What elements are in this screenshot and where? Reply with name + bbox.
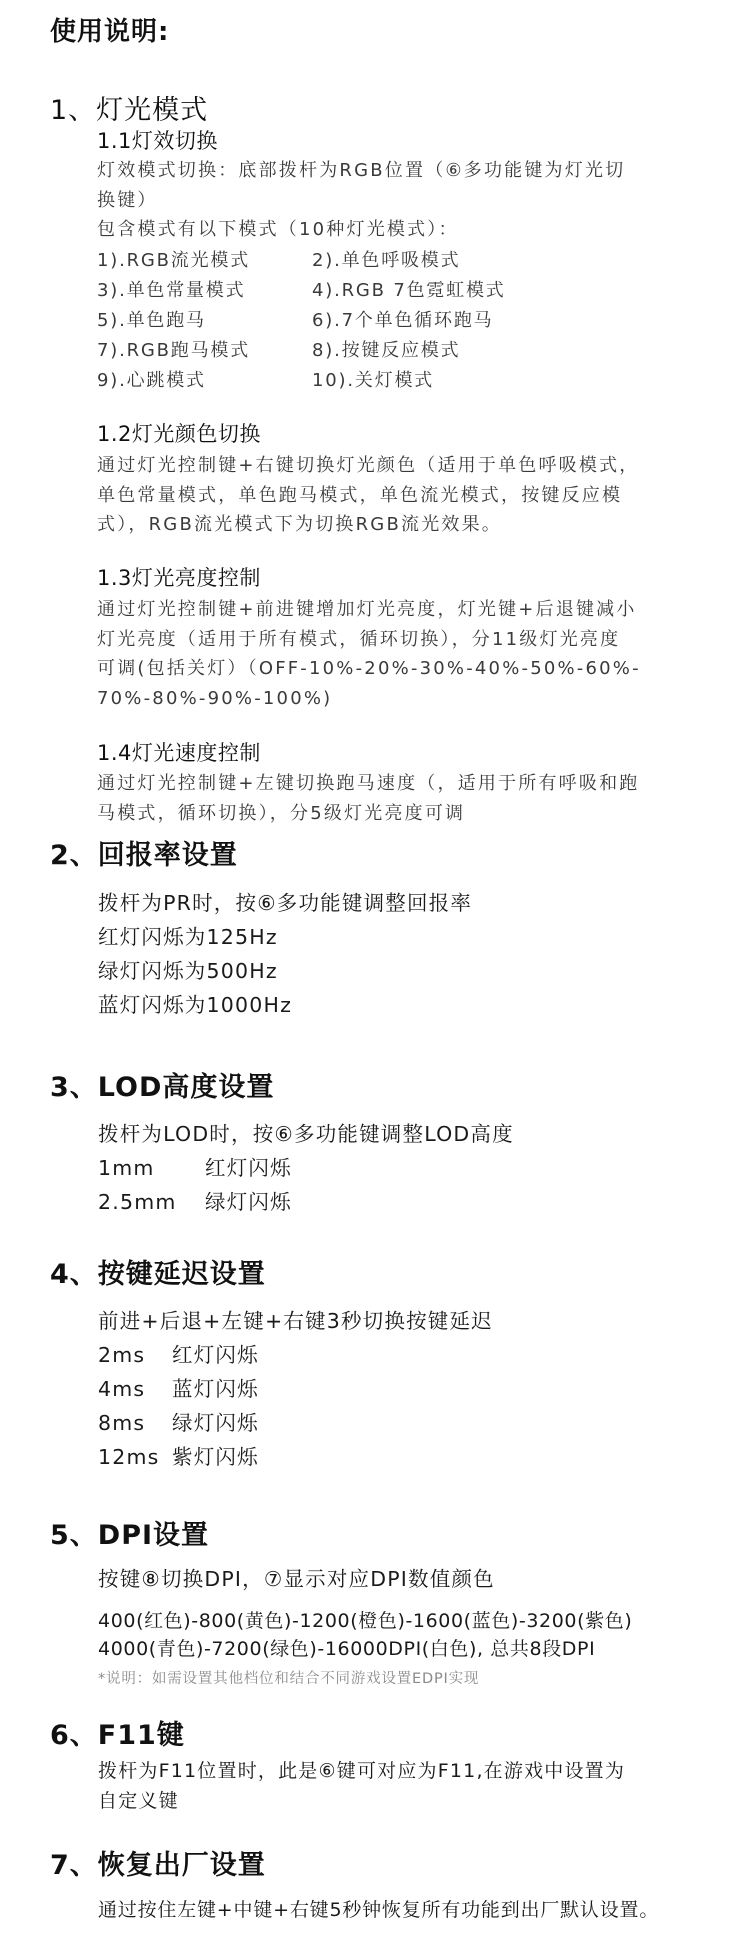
factory-reset-description: 通过按住左键+中键+右键5秒钟恢复所有功能到出厂默认设置。	[98, 1895, 659, 1925]
delay-value: 4ms	[98, 1372, 145, 1406]
mode-item: 10).关灯模式	[312, 366, 434, 396]
text-line: 400(红色)-800(黄色)-1200(橙色)-1600(蓝色)-3200(紫…	[98, 1607, 632, 1635]
mode-row: 7).RGB跑马模式 8).按键反应模式	[97, 336, 657, 366]
lod-value: 1mm	[98, 1151, 155, 1185]
mode-item: 7).RGB跑马模式	[97, 336, 250, 366]
text-line: 马模式，循环切换），分5级灯光亮度可调	[97, 799, 639, 829]
lod-height-description: 拨杆为LOD时，按⑥多功能键调整LOD高度 1mm 红灯闪烁 2.5mm 绿灯闪…	[98, 1117, 514, 1219]
section-heading-factory-reset: 7、恢复出厂设置	[50, 1849, 266, 1883]
dpi-levels: 400(红色)-800(黄色)-1200(橙色)-1600(蓝色)-3200(紫…	[98, 1607, 632, 1663]
text-line: 4000(青色)-7200(绿色)-16000DPI(白色), 总共8段DPI	[98, 1635, 632, 1663]
effect-switch-description: 灯效模式切换：底部拨杆为RGB位置（⑥多功能键为灯光切 换键） 包含模式有以下模…	[97, 156, 625, 245]
text-line: 蓝灯闪烁为1000Hz	[98, 988, 472, 1022]
mode-row: 5).单色跑马 6).7个单色循环跑马	[97, 306, 657, 336]
section-heading-lod-height: 3、LOD高度设置	[50, 1071, 274, 1105]
lod-row: 1mm 红灯闪烁	[98, 1151, 514, 1185]
mode-item: 9).心跳模式	[97, 366, 206, 396]
mode-item: 2).单色呼吸模式	[312, 246, 460, 276]
page-title: 使用说明:	[50, 16, 169, 48]
text-line: 通过按住左键+中键+右键5秒钟恢复所有功能到出厂默认设置。	[98, 1895, 659, 1925]
speed-control-description: 通过灯光控制键+左键切换跑马速度（，适用于所有呼吸和跑 马模式，循环切换），分5…	[97, 769, 639, 828]
mode-item: 4).RGB 7色霓虹模式	[312, 276, 506, 306]
key-delay-description: 前进+后退+左键+右键3秒切换按键延迟 2ms 红灯闪烁 4ms 蓝灯闪烁 8m…	[98, 1304, 493, 1474]
subsection-heading-speed-control: 1.4灯光速度控制	[97, 739, 261, 767]
text-line: 红灯闪烁为125Hz	[98, 920, 472, 954]
text-line: 通过灯光控制键+右键切换灯光颜色（适用于单色呼吸模式，	[97, 451, 639, 481]
mode-row: 3).单色常量模式 4).RGB 7色霓虹模式	[97, 276, 657, 306]
delay-value: 2ms	[98, 1338, 145, 1372]
delay-value: 12ms	[98, 1440, 160, 1474]
delay-row: 12ms 紫灯闪烁	[98, 1440, 493, 1474]
text-line: 换键）	[97, 186, 625, 216]
delay-indicator: 绿灯闪烁	[172, 1406, 259, 1440]
mode-item: 3).单色常量模式	[97, 276, 245, 306]
lod-indicator: 绿灯闪烁	[205, 1185, 292, 1219]
text-line: 通过灯光控制键+前进键增加灯光亮度，灯光键+后退键减小	[97, 595, 641, 625]
f11-key-description: 拨杆为F11位置时，此是⑥键可对应为F11,在游戏中设置为 自定义键	[98, 1756, 625, 1816]
mode-item: 8).按键反应模式	[312, 336, 460, 366]
mode-row: 9).心跳模式 10).关灯模式	[97, 366, 657, 396]
dpi-note: *说明：如需设置其他档位和结合不同游戏设置EDPI实现	[98, 1668, 479, 1690]
brightness-control-description: 通过灯光控制键+前进键增加灯光亮度，灯光键+后退键减小 灯光亮度（适用于所有模式…	[97, 595, 641, 713]
section-heading-polling-rate: 2、回报率设置	[50, 839, 238, 873]
section-heading-f11-key: 6、F11键	[50, 1719, 185, 1753]
delay-indicator: 红灯闪烁	[172, 1338, 259, 1372]
subsection-heading-color-switch: 1.2灯光颜色切换	[97, 420, 261, 448]
delay-value: 8ms	[98, 1406, 145, 1440]
text-line: 拨杆为LOD时，按⑥多功能键调整LOD高度	[98, 1117, 514, 1151]
delay-indicator: 蓝灯闪烁	[172, 1372, 259, 1406]
mode-row: 1).RGB流光模式 2).单色呼吸模式	[97, 246, 657, 276]
subsection-heading-brightness-control: 1.3灯光亮度控制	[97, 564, 261, 592]
text-line: 单色常量模式，单色跑马模式，单色流光模式，按键反应模	[97, 481, 639, 511]
text-line: 自定义键	[98, 1786, 625, 1816]
section-heading-lighting-mode: 1、灯光模式	[50, 94, 208, 128]
subsection-heading-effect-switch: 1.1灯效切换	[97, 127, 218, 155]
text-line: 通过灯光控制键+左键切换跑马速度（，适用于所有呼吸和跑	[97, 769, 639, 799]
text-line: 拨杆为PR时，按⑥多功能键调整回报率	[98, 886, 472, 920]
text-line: 70%-80%-90%-100%)	[97, 684, 641, 714]
lod-value: 2.5mm	[98, 1185, 177, 1219]
text-line: 包含模式有以下模式（10种灯光模式）：	[97, 215, 625, 245]
text-line: 拨杆为F11位置时，此是⑥键可对应为F11,在游戏中设置为	[98, 1756, 625, 1786]
text-line: 可调(包括关灯）（OFF-10%-20%-30%-40%-50%-60%-	[97, 654, 641, 684]
section-heading-dpi: 5、DPI设置	[50, 1519, 209, 1553]
text-line: 式），RGB流光模式下为切换RGB流光效果。	[97, 510, 639, 540]
polling-rate-description: 拨杆为PR时，按⑥多功能键调整回报率 红灯闪烁为125Hz 绿灯闪烁为500Hz…	[98, 886, 472, 1022]
color-switch-description: 通过灯光控制键+右键切换灯光颜色（适用于单色呼吸模式， 单色常量模式，单色跑马模…	[97, 451, 639, 540]
dpi-intro: 按键⑧切换DPI，⑦显示对应DPI数值颜色	[98, 1562, 495, 1596]
text-line: 绿灯闪烁为500Hz	[98, 954, 472, 988]
text-line: 灯光亮度（适用于所有模式，循环切换），分11级灯光亮度	[97, 625, 641, 655]
delay-indicator: 紫灯闪烁	[172, 1440, 259, 1474]
delay-row: 2ms 红灯闪烁	[98, 1338, 493, 1372]
delay-row: 8ms 绿灯闪烁	[98, 1406, 493, 1440]
mode-item: 6).7个单色循环跑马	[312, 306, 493, 336]
lod-indicator: 红灯闪烁	[205, 1151, 292, 1185]
lod-row: 2.5mm 绿灯闪烁	[98, 1185, 514, 1219]
section-heading-key-delay: 4、按键延迟设置	[50, 1258, 266, 1292]
text-line: 前进+后退+左键+右键3秒切换按键延迟	[98, 1304, 493, 1338]
text-line: 按键⑧切换DPI，⑦显示对应DPI数值颜色	[98, 1562, 495, 1596]
lighting-mode-list: 1).RGB流光模式 2).单色呼吸模式 3).单色常量模式 4).RGB 7色…	[97, 246, 657, 396]
delay-row: 4ms 蓝灯闪烁	[98, 1372, 493, 1406]
mode-item: 1).RGB流光模式	[97, 246, 250, 276]
mode-item: 5).单色跑马	[97, 306, 206, 336]
text-line: 灯效模式切换：底部拨杆为RGB位置（⑥多功能键为灯光切	[97, 156, 625, 186]
